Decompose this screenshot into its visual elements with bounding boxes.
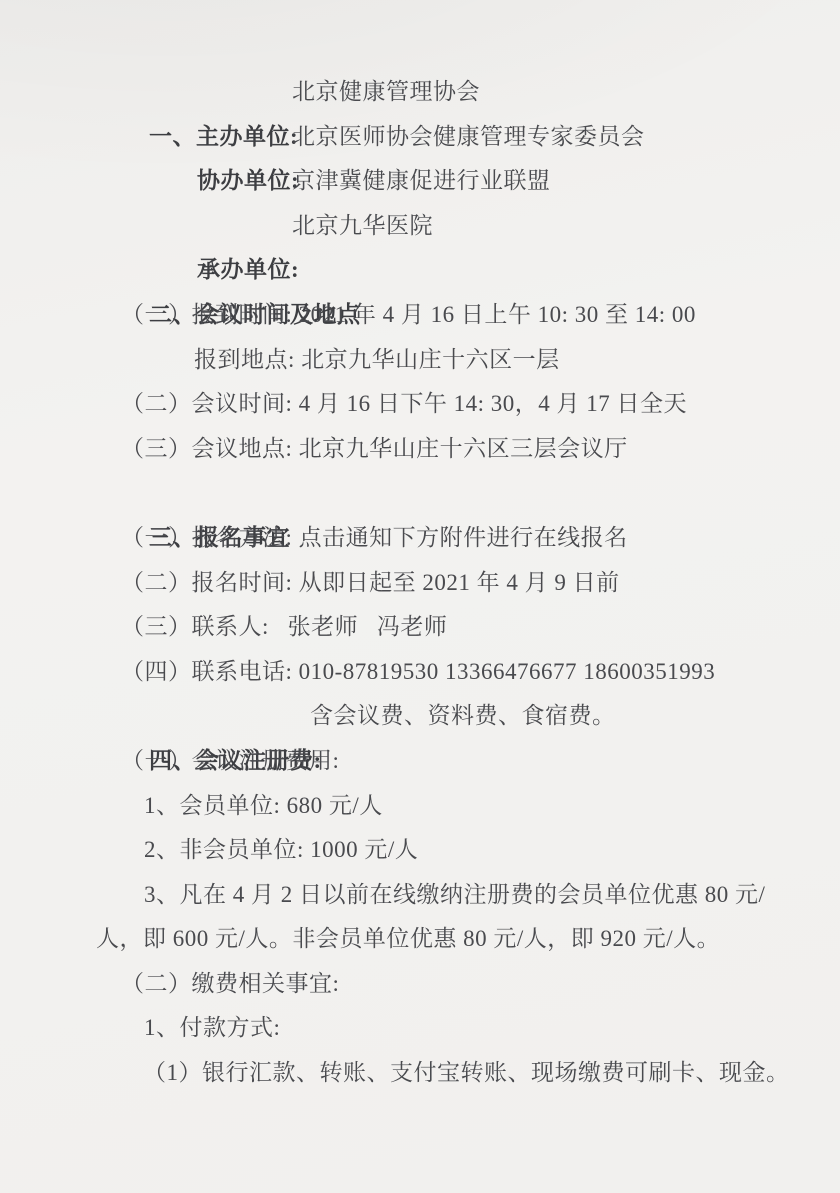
document-page: 一、主办单位: 北京健康管理协会 协办单位: 北京医师协会健康管理专家委员会 京… [0, 0, 840, 1193]
line-co-organizer: 协办单位: 北京医师协会健康管理专家委员会 [0, 115, 840, 160]
line-payment-matters: （二）缴费相关事宜: [0, 962, 840, 1007]
line-registration-method: （一）报名方法: 点击通知下方附件进行在线报名 [0, 516, 840, 561]
line-registration-time: （二）报名时间: 从即日起至 2021 年 4 月 9 日前 [0, 561, 840, 606]
line-payment-method: 1、付款方式: [0, 1006, 840, 1051]
line-member-fee: 1、会员单位: 680 元/人 [0, 784, 840, 829]
line-host-unit: 一、主办单位: 北京健康管理协会 [0, 70, 840, 115]
heading-registration-fee: 四、会议注册费: 含会议费、资料费、食宿费。 [0, 694, 840, 739]
line-contact-phones: （四）联系电话: 010-87819530 13366476677 186003… [0, 650, 840, 695]
line-discount-part2: 人，即 600 元/人。非会员单位优惠 80 元/人，即 920 元/人。 [0, 917, 840, 962]
undertaker-value: 北京九华医院 [292, 204, 433, 249]
line-meeting-place: （三）会议地点: 北京九华山庄十六区三层会议厅 [0, 427, 840, 472]
line-undertaker: 承办单位: 北京九华医院 [0, 204, 840, 249]
line-checkin-place: 报到地点: 北京九华山庄十六区一层 [0, 338, 840, 383]
heading-registration: 三、报名事宜 [0, 471, 840, 516]
co-organizer-value: 北京医师协会健康管理专家委员会 [292, 115, 645, 160]
line-discount-part1: 3、凡在 4 月 2 日以前在线缴纳注册费的会员单位优惠 80 元/ [0, 873, 840, 918]
line-payment-channels: （1）银行汇款、转账、支付宝转账、现场缴费可刷卡、现金。 [0, 1051, 840, 1096]
line-fee-title: （一）会议注册费用: [0, 739, 840, 784]
line-meeting-time: （二）会议时间: 4 月 16 日下午 14: 30，4 月 17 日全天 [0, 382, 840, 427]
line-nonmember-fee: 2、非会员单位: 1000 元/人 [0, 828, 840, 873]
heading-meeting-time-place: 二、会议时间及地点 [0, 248, 840, 293]
host-unit-value: 北京健康管理协会 [292, 70, 480, 115]
line-checkin-time: （一）报到时间: 2021 年 4 月 16 日上午 10: 30 至 14: … [0, 293, 840, 338]
line-co-organizer-cont: 京津冀健康促进行业联盟 [0, 159, 840, 204]
line-contacts: （三）联系人: 张老师 冯老师 [0, 605, 840, 650]
registration-fee-value: 含会议费、资料费、食宿费。 [310, 694, 616, 739]
